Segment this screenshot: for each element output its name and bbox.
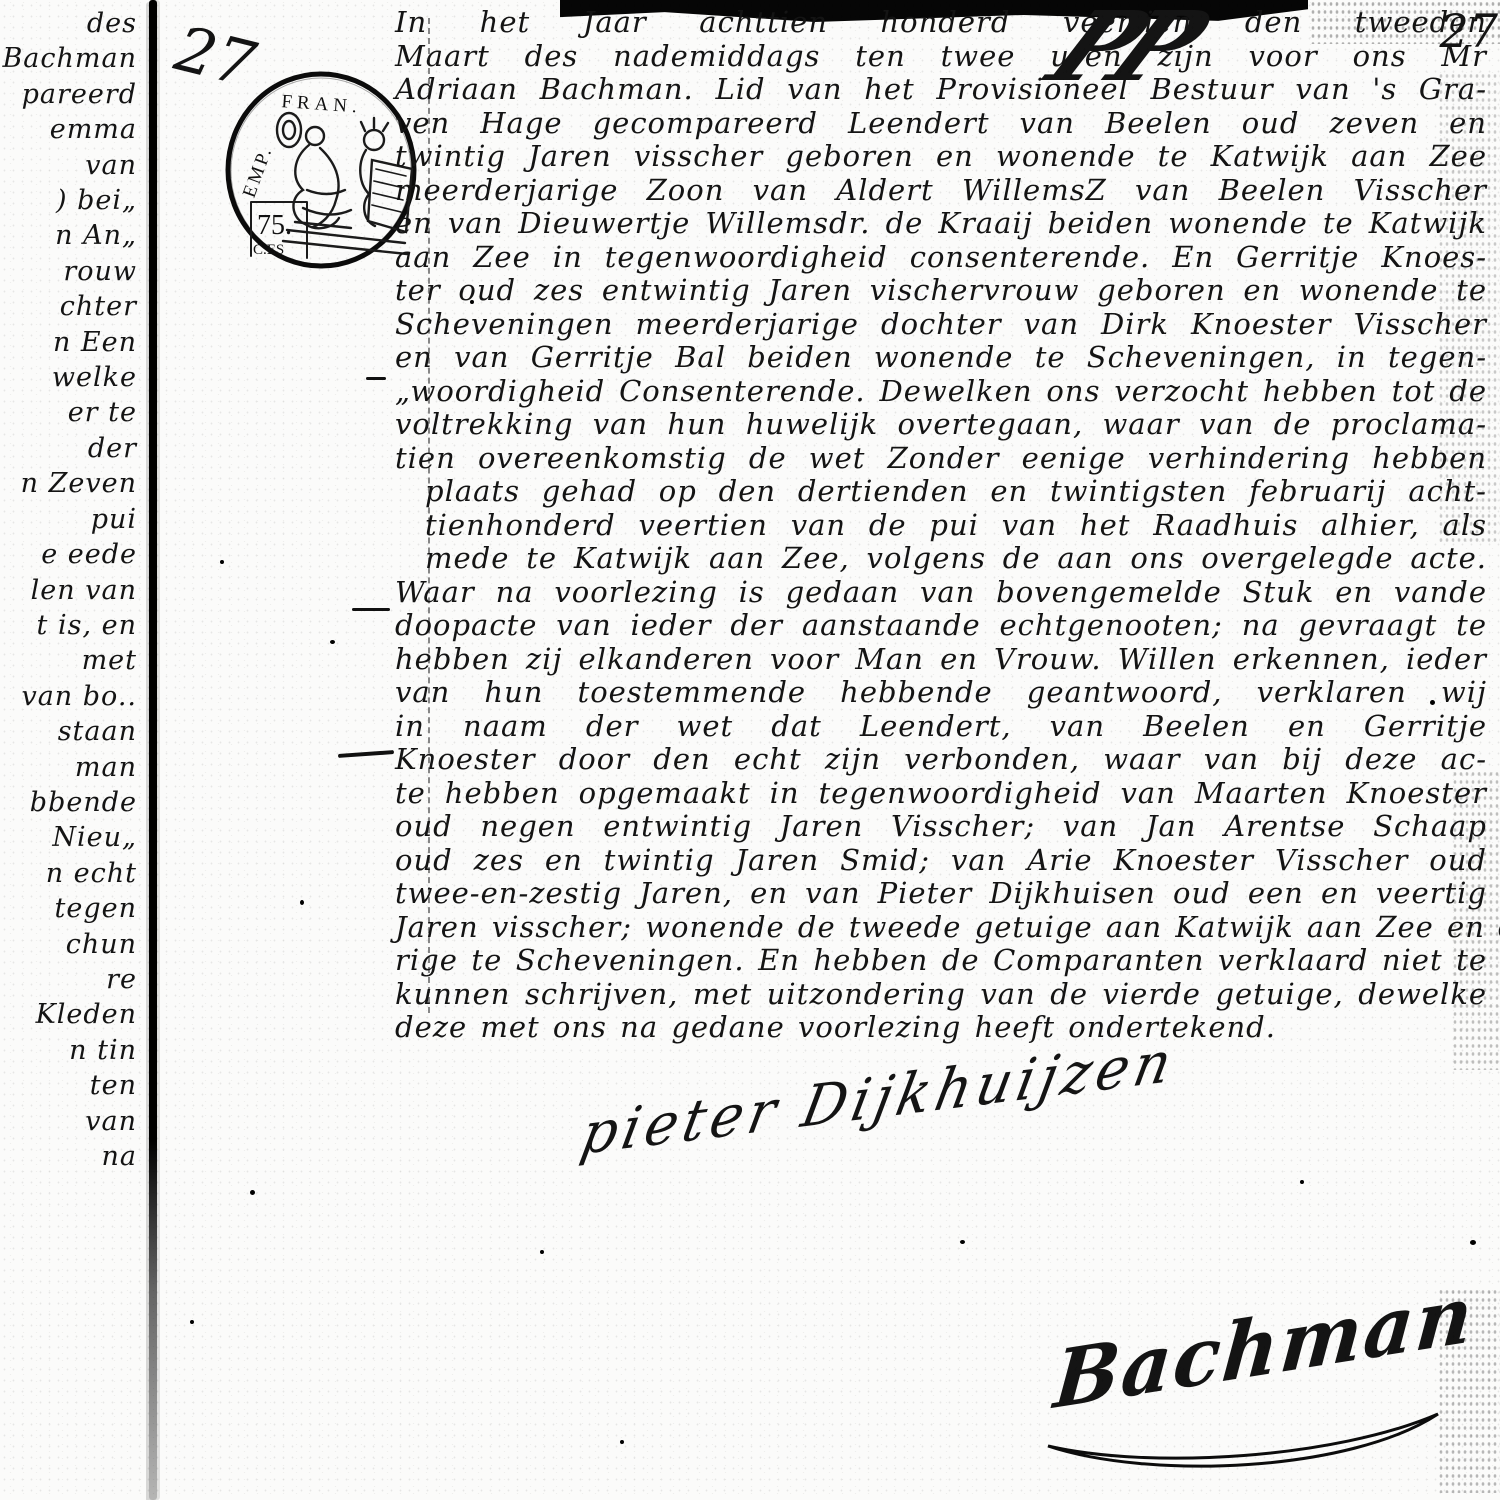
act-body-text: In het Jaar achttien honderd veertien de…	[395, 6, 1487, 1045]
facing-page-line: na	[0, 1139, 137, 1174]
scan-speck	[540, 1250, 544, 1254]
act-line: mede te Katwijk aan Zee, volgens de aan …	[395, 542, 1487, 576]
facing-page-line: van	[0, 1104, 137, 1139]
ink-dash	[338, 750, 394, 758]
act-line: Waar na voorlezing is gedaan van bovenge…	[395, 576, 1487, 610]
act-line: meerderjarige Zoon van Aldert WillemsZ v…	[395, 174, 1487, 208]
act-line: Scheveningen meerderjarige dochter van D…	[395, 308, 1487, 342]
act-line: oud negen entwintig Jaren Visscher; van …	[395, 810, 1487, 844]
scan-speck	[1300, 1180, 1304, 1184]
stamp-value-unit: C.ES	[253, 242, 284, 258]
facing-page-line: chun	[0, 927, 137, 962]
facing-page-line: welke	[0, 360, 137, 395]
scan-speck	[620, 1440, 624, 1444]
scan-speck	[470, 300, 474, 304]
act-line: hebben zij elkanderen voor Man en Vrouw.…	[395, 643, 1487, 677]
stamp-value: 75.	[257, 210, 292, 241]
stamp-left-text: EMP.	[239, 143, 277, 201]
facing-page-line: ) bei„	[0, 183, 137, 218]
scan-speck	[330, 640, 335, 644]
act-line: deze met ons na gedane voorlezing heeft …	[395, 1011, 1487, 1045]
facing-page-line: e eede	[0, 537, 137, 572]
facing-page-line: Nieu„	[0, 820, 137, 855]
scan-speck	[960, 1240, 965, 1244]
page-binding-edge	[149, 0, 157, 1500]
facing-page-line: chter	[0, 289, 137, 324]
act-line: ven Hage gecompareerd Leendert van Beele…	[395, 107, 1487, 141]
act-line: In het Jaar achttien honderd veertien de…	[395, 6, 1487, 40]
scan-speck	[190, 1320, 194, 1324]
facing-page-line: re	[0, 962, 137, 997]
facing-page-line: pui	[0, 502, 137, 537]
facing-page-line: len van	[0, 573, 137, 608]
facing-page-line: er te	[0, 395, 137, 430]
revenue-stamp: FRAN. EMP. 75. C.ES	[223, 70, 419, 270]
act-line: twee-en-zestig Jaren, en van Pieter Dijk…	[395, 877, 1487, 911]
act-line: en van Dieuwertje Willemsdr. de Kraaij b…	[395, 207, 1487, 241]
act-line: Adriaan Bachman. Lid van het Provisionee…	[395, 73, 1487, 107]
facing-page-line: van bo..	[0, 679, 137, 714]
scan-speck	[220, 560, 224, 564]
act-line: in naam der wet dat Leendert, van Beelen…	[395, 710, 1487, 744]
scan-speck	[250, 1190, 255, 1195]
act-line: tienhonderd veertien van de pui van het …	[395, 509, 1487, 543]
act-line: doopacte van ieder der aanstaande echtge…	[395, 609, 1487, 643]
signature-pieter-dijkhuijzen: pieter Dijkhuijzen	[576, 1029, 1182, 1169]
act-line: oud zes en twintig Jaren Smid; van Arie …	[395, 844, 1487, 878]
act-line: Jaren visscher; wonende de tweede getuig…	[395, 911, 1487, 945]
act-line: aan Zee in tegenwoordigheid consenterend…	[395, 241, 1487, 275]
facing-page-line: van	[0, 148, 137, 183]
act-line: rige te Scheveningen. En hebben de Compa…	[395, 944, 1487, 978]
facing-page-line: des	[0, 6, 137, 41]
facing-page-line: Kleden	[0, 997, 137, 1032]
act-line: tien overeenkomstig de wet Zonder eenige…	[395, 442, 1487, 476]
act-line: kunnen schrijven, met uitzondering van d…	[395, 978, 1487, 1012]
facing-page-line: bbende	[0, 785, 137, 820]
ink-dash	[366, 377, 386, 380]
facing-page-line: rouw	[0, 254, 137, 289]
signature-flourish	[1040, 1398, 1450, 1488]
facing-page-line: man	[0, 750, 137, 785]
facing-page-line: n Zeven	[0, 466, 137, 501]
facing-page-line: tegen	[0, 891, 137, 926]
act-line: van hun toestemmende hebbende geantwoord…	[395, 676, 1487, 710]
act-line: ter oud zes entwintig Jaren vischervrouw…	[395, 274, 1487, 308]
facing-page-line: n An„	[0, 218, 137, 253]
facing-page-line: Bachman	[0, 41, 137, 76]
facing-page-line: n Een	[0, 325, 137, 360]
act-line: te hebben opgemaakt in tegenwoordigheid …	[395, 777, 1487, 811]
facing-page-line: der	[0, 431, 137, 466]
facing-page-line: n echt	[0, 856, 137, 891]
facing-page-line: n tin	[0, 1033, 137, 1068]
ink-dash	[352, 608, 390, 611]
act-line: „woordigheid Consenterende. Dewelken ons…	[395, 375, 1487, 409]
facing-page-line: pareerd	[0, 77, 137, 112]
facing-page-line: staan	[0, 714, 137, 749]
facing-page-line: t is, en	[0, 608, 137, 643]
facing-page-text-fragments: desBachmanpareerdemmavan) bei„n An„rouwc…	[0, 6, 143, 1196]
scan-speck	[1470, 1240, 1476, 1245]
scan-speck	[300, 900, 304, 905]
act-line: twintig Jaren visscher geboren en wonend…	[395, 140, 1487, 174]
facing-page-line: ten	[0, 1068, 137, 1103]
facing-page-line: emma	[0, 112, 137, 147]
facing-page-line: met	[0, 643, 137, 678]
act-line: en van Gerritje Bal beiden wonende te Sc…	[395, 341, 1487, 375]
act-line: Maart des nademiddags ten twee uren zijn…	[395, 40, 1487, 74]
act-line: plaats gehad op den dertienden en twinti…	[395, 475, 1487, 509]
scanned-document-page: { "page": { "number_left": "27", "number…	[0, 0, 1500, 1500]
act-line: Knoester door den echt zijn verbonden, w…	[395, 743, 1487, 777]
scan-speck	[1430, 700, 1435, 705]
act-line: voltrekking van hun huwelijk overtegaan,…	[395, 408, 1487, 442]
